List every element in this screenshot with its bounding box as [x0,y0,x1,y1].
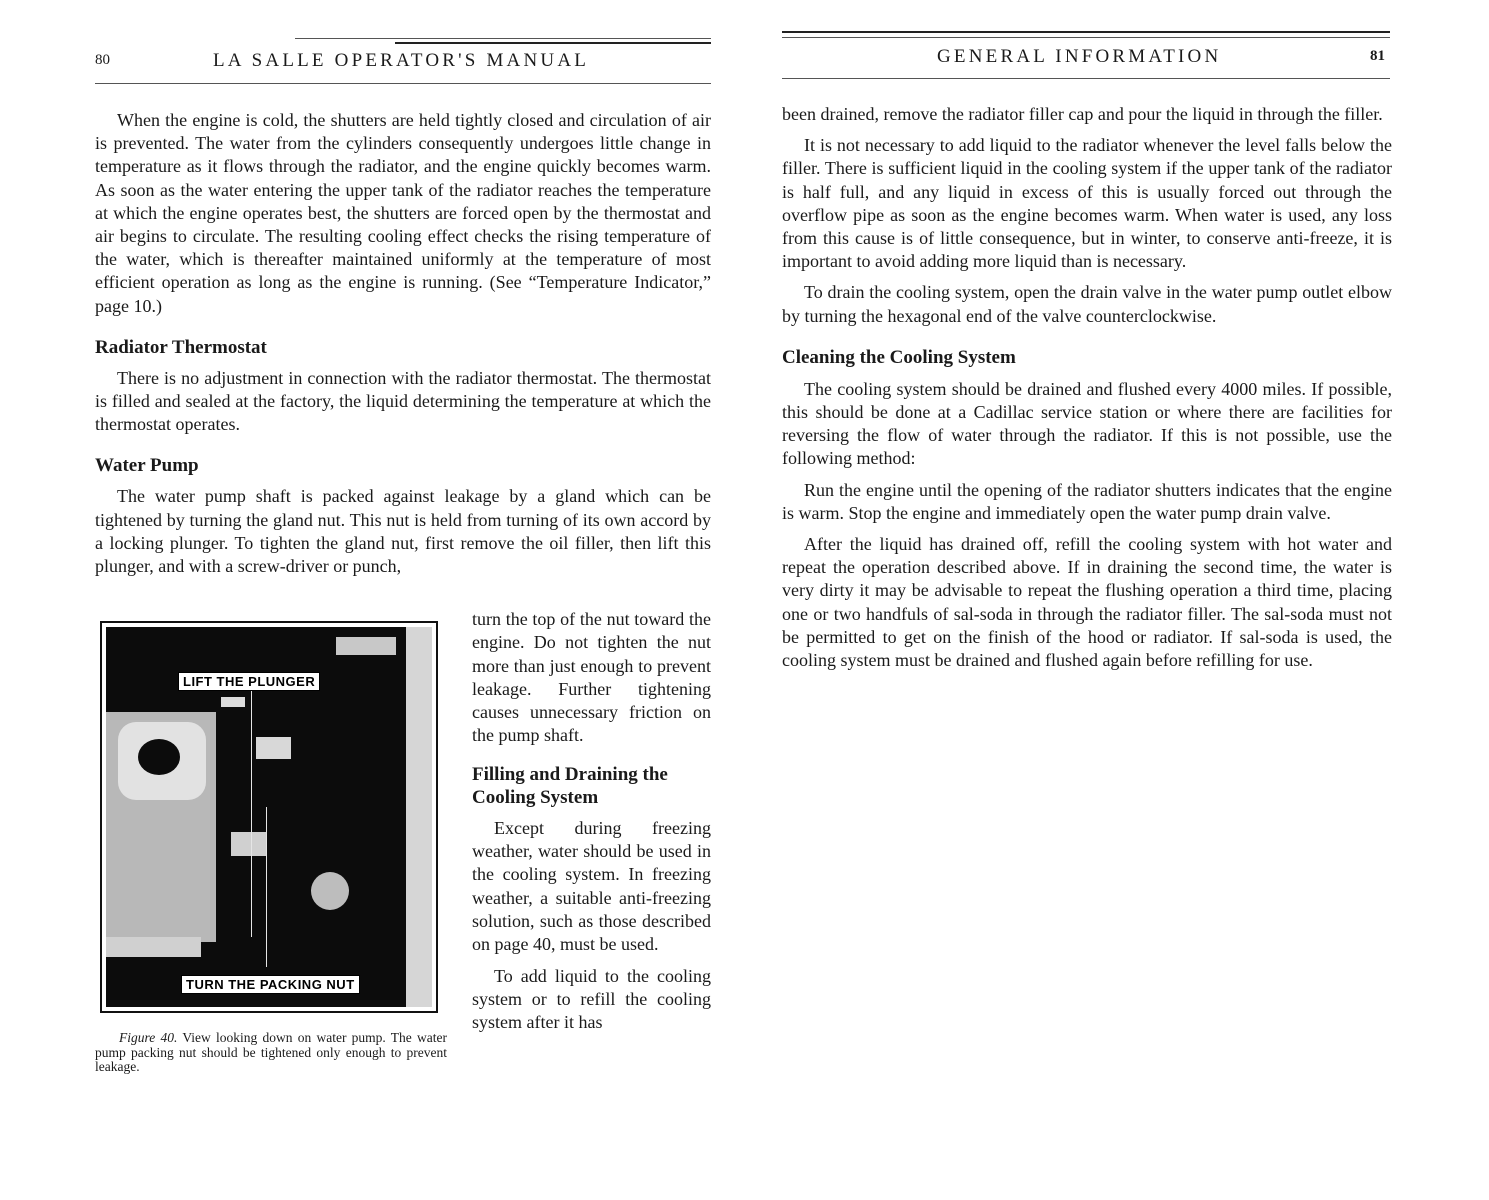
intro-paragraph: When the engine is cold, the shutters ar… [95,109,711,318]
side-column: turn the top of the nut toward the engin… [472,608,711,1034]
figure-number: Figure 40. [95,1030,177,1045]
section-heading-cleaning: Cleaning the Cooling System [782,347,1392,369]
header-rule-top-bold [782,31,1390,33]
header-rule-bottom [95,83,711,84]
section-heading-water-pump: Water Pump [95,455,711,477]
figure-caption: Figure 40. View looking down on water pu… [95,1031,447,1075]
paragraph-continuation: been drained, remove the radiator filler… [782,103,1392,126]
callout-turn-the-packing-nut: TURN THE PACKING NUT [181,975,360,994]
section-heading-radiator-thermostat: Radiator Thermostat [95,337,711,359]
running-head: GENERAL INFORMATION [937,46,1221,68]
page-number: 80 [95,52,110,69]
figure-water-pump: LIFT THE PLUNGER TURN THE PACKING NUT [100,621,438,1013]
paragraph: Except during freezing weather, water sh… [472,817,711,957]
paragraph: The cooling system should be drained and… [782,378,1392,471]
paragraph: After the liquid has drained off, refill… [782,533,1392,672]
body-text: When the engine is cold, the shutters ar… [95,109,711,578]
paragraph: There is no adjustment in connection wit… [95,367,711,437]
paragraph-continuation: turn the top of the nut toward the engin… [472,608,711,748]
section-heading-filling-draining: Filling and Draining the Cooling System [472,763,711,809]
paragraph: The water pump shaft is packed against l… [95,485,711,578]
header-rule-top [782,37,1390,38]
paragraph: It is not necessary to add liquid to the… [782,134,1392,273]
paragraph: To drain the cooling system, open the dr… [782,281,1392,327]
callout-lift-the-plunger: LIFT THE PLUNGER [178,672,320,691]
water-pump-photo: LIFT THE PLUNGER TURN THE PACKING NUT [106,627,432,1007]
header-rule-top [295,38,711,39]
page-number: 81 [1370,48,1385,65]
paragraph: Run the engine until the opening of the … [782,479,1392,525]
paragraph: To add liquid to the cooling system or t… [472,965,711,1035]
header-rule-top-bold [395,42,711,44]
header-rule-bottom [782,78,1390,79]
body-text: been drained, remove the radiator filler… [782,103,1392,672]
running-head: LA SALLE OPERATOR'S MANUAL [213,50,589,72]
